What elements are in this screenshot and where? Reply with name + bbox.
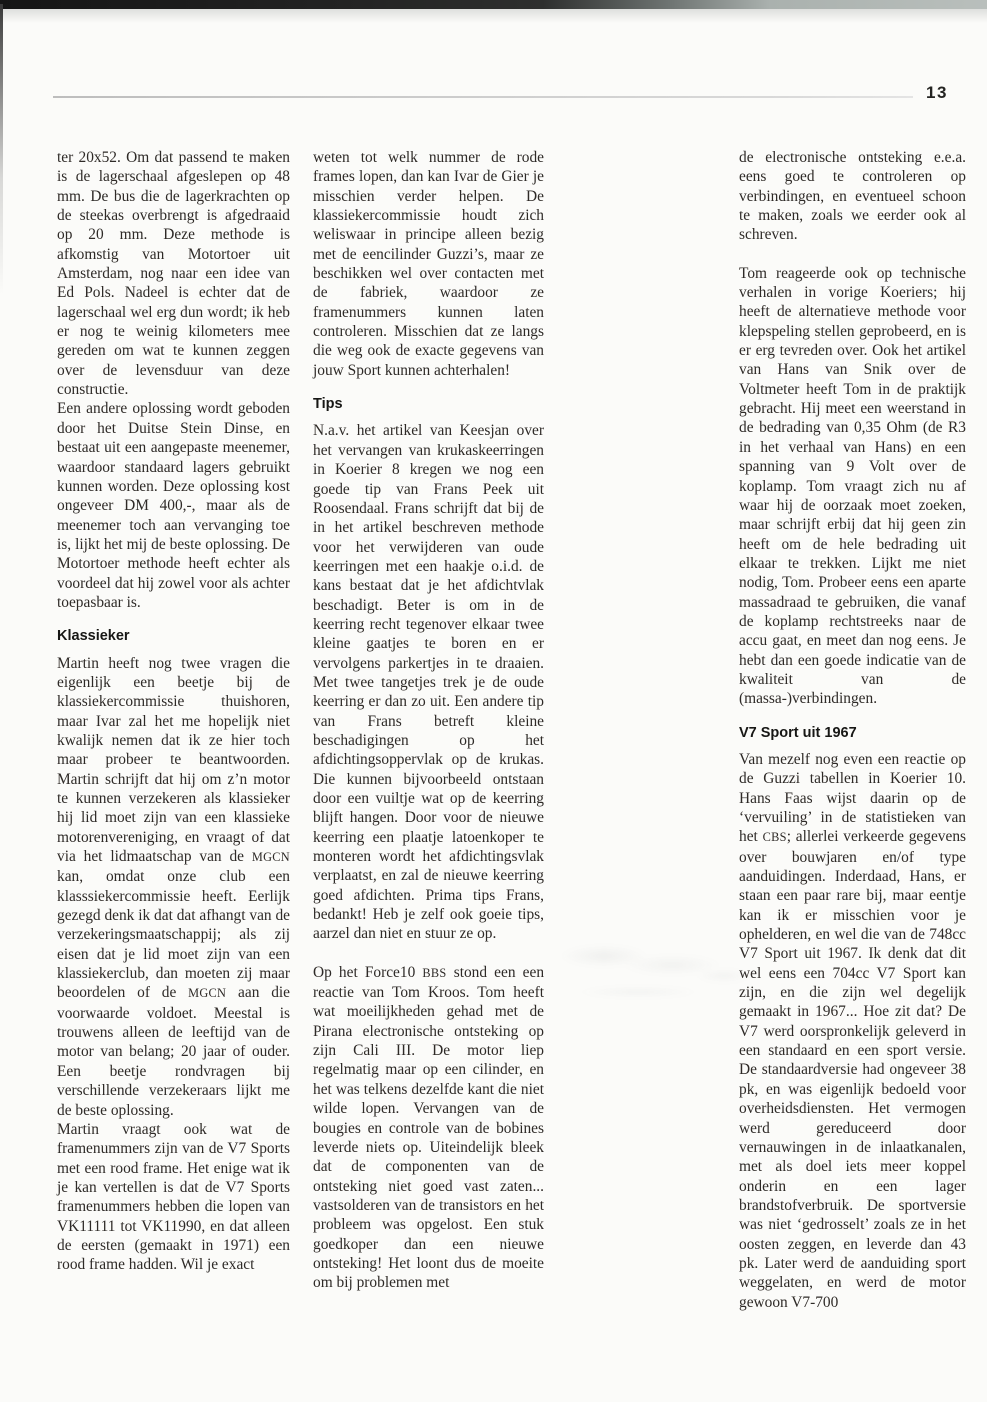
scan-left-edge [0, 4, 3, 294]
paragraph: de electronische ontsteking e.e.a. eens … [739, 148, 966, 245]
section-heading-tips: Tips [313, 395, 544, 414]
scanned-magazine-page: { "page": { "number": "13" }, "colors": … [0, 0, 987, 1402]
section-heading-v7-sport-uit-1967: V7 Sport uit 1967 [739, 724, 966, 743]
paragraph: Een andere oplossing wordt geboden door … [57, 399, 290, 612]
scan-top-shadow [0, 9, 987, 23]
header-rule [53, 96, 913, 98]
text-column-2: weten tot welk nummer de rode frames lop… [313, 148, 544, 1293]
page-number: 13 [926, 83, 966, 103]
paragraph: Tom reageerde ook op technische verhalen… [739, 264, 966, 709]
text-column-3: de electronische ontsteking e.e.a. eens … [739, 148, 966, 1312]
paragraph: N.a.v. het artikel van Keesjan over het … [313, 421, 544, 943]
scan-top-edge [0, 0, 987, 9]
paragraph: weten tot welk nummer de rode frames lop… [313, 148, 544, 380]
paragraph: Martin heeft nog twee vragen die eigenli… [57, 654, 290, 1120]
paragraph: Op het Force10 BBS stond een een reactie… [313, 963, 544, 1293]
show-through-ghost-artifact [548, 920, 748, 1010]
paragraph: Martin vraagt ook wat de framenummers zi… [57, 1120, 290, 1275]
paragraph: ter 20x52. Om dat passend te maken is de… [57, 148, 290, 399]
section-heading-klassieker: Klassieker [57, 627, 290, 646]
paragraph: Van mezelf nog even een reactie op de Gu… [739, 750, 966, 1312]
text-column-1: ter 20x52. Om dat passend te maken is de… [57, 148, 290, 1275]
